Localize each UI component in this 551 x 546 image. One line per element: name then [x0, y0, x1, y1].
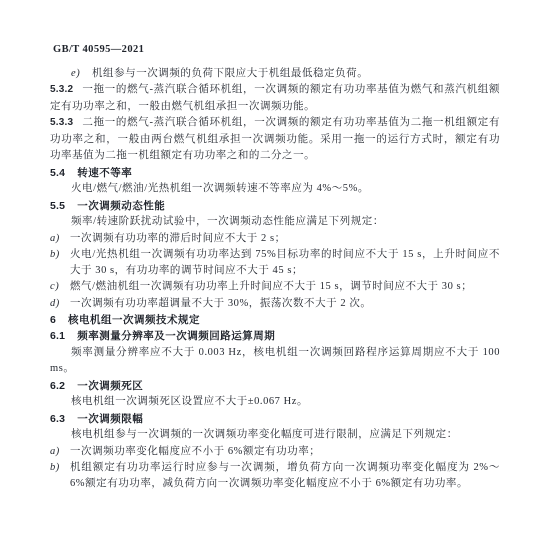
heading-number: 6 — [50, 314, 56, 326]
list-item-marker: e) — [71, 66, 92, 82]
list-item: c)燃气/燃油机组一次调频有功功率上升时间应不大于 15 s，调节时间应不大于 … — [50, 279, 500, 295]
list-item-text: 一次调频有功功率超调量不大于 30%，振荡次数不大于 2 次。 — [70, 296, 500, 312]
document-page: GB/T 40595—2021 e)机组参与一次调频的负荷下限应大于机组最低稳定… — [0, 0, 551, 546]
heading-title: 转速不等率 — [77, 167, 132, 179]
section-heading: 6.1频率测量分辨率及一次调频回路运算周期 — [50, 328, 500, 345]
list-item-text: 火电/光热机组一次调频有功功率达到 75%目标功率的时间应不大于 15 s，上升… — [70, 247, 500, 279]
body-paragraph: 核电机组一次调频死区设置应不大于±0.067 Hz。 — [50, 394, 500, 411]
heading-title: 一次调频死区 — [77, 380, 143, 392]
list-item-text: 燃气/燃油机组一次调频有功功率上升时间应不大于 15 s，调节时间应不大于 30… — [70, 279, 500, 295]
clause-number: 5.3.2 — [50, 84, 73, 95]
list-item: a)一次调频有功功率的滞后时间应不大于 2 s； — [50, 231, 500, 247]
list-item-marker: a) — [50, 444, 70, 460]
clause-paragraph: 5.3.2一拖一的燃气-蒸汽联合循环机组，一次调频的额定有功功率基值为燃气和蒸汽… — [50, 82, 500, 115]
heading-title: 频率测量分辨率及一次调频回路运算周期 — [77, 330, 275, 342]
clause-number: 5.3.3 — [50, 117, 73, 128]
list-item-marker: c) — [50, 279, 70, 295]
body-paragraph: 核电机组参与一次调频的一次调频功率变化幅度可进行限制，应满足下列规定： — [50, 427, 500, 444]
heading-title: 一次调频动态性能 — [77, 200, 165, 212]
heading-number: 6.1 — [50, 330, 65, 342]
list-item-marker: b) — [50, 247, 70, 279]
heading-title: 核电机组一次调频技术规定 — [68, 314, 200, 326]
document-body: e)机组参与一次调频的负荷下限应大于机组最低稳定负荷。5.3.2一拖一的燃气-蒸… — [50, 66, 500, 492]
list-item: a)一次调频功率变化幅度应不小于 6%额定有功功率； — [50, 444, 500, 460]
heading-number: 5.4 — [50, 167, 65, 179]
list-item-text: 一次调频功率变化幅度应不小于 6%额定有功功率； — [70, 444, 500, 460]
list-item-marker: a) — [50, 231, 70, 247]
list-item-marker: b) — [50, 460, 70, 492]
section-heading: 6.3一次调频限幅 — [50, 411, 500, 428]
list-item-marker: d) — [50, 296, 70, 312]
body-paragraph: 火电/燃气/燃油/光热机组一次调频转速不等率应为 4%～5%。 — [50, 181, 500, 198]
clause-paragraph: 5.3.3二拖一的燃气-蒸汽联合循环机组，一次调频的额定有功功率基值为二拖一机组… — [50, 115, 500, 165]
body-paragraph: 频率测量分辨率应不大于 0.003 Hz，核电机组一次调频回路程序运算周期应不大… — [50, 345, 500, 378]
heading-number: 6.2 — [50, 380, 65, 392]
list-item-text: 机组额定有功功率运行时应参与一次调频，增负荷方向一次调频功率变化幅度为 2%～6… — [70, 460, 500, 492]
heading-number: 6.3 — [50, 413, 65, 425]
page-header-standard-number: GB/T 40595—2021 — [53, 44, 144, 55]
list-item: d)一次调频有功功率超调量不大于 30%，振荡次数不大于 2 次。 — [50, 296, 500, 312]
section-heading: 5.5一次调频动态性能 — [50, 198, 500, 215]
chapter-heading: 6核电机组一次调频技术规定 — [50, 312, 500, 329]
section-heading: 5.4转速不等率 — [50, 165, 500, 182]
list-item: e)机组参与一次调频的负荷下限应大于机组最低稳定负荷。 — [50, 66, 500, 82]
heading-title: 一次调频限幅 — [77, 413, 143, 425]
heading-number: 5.5 — [50, 200, 65, 212]
list-item-text: 一次调频有功功率的滞后时间应不大于 2 s； — [70, 231, 500, 247]
list-item: b)火电/光热机组一次调频有功功率达到 75%目标功率的时间应不大于 15 s，… — [50, 247, 500, 279]
body-paragraph: 频率/转速阶跃扰动试验中，一次调频动态性能应满足下列规定： — [50, 214, 500, 231]
section-heading: 6.2一次调频死区 — [50, 378, 500, 395]
list-item-text: 机组参与一次调频的负荷下限应大于机组最低稳定负荷。 — [92, 66, 500, 82]
list-item: b)机组额定有功功率运行时应参与一次调频，增负荷方向一次调频功率变化幅度为 2%… — [50, 460, 500, 492]
